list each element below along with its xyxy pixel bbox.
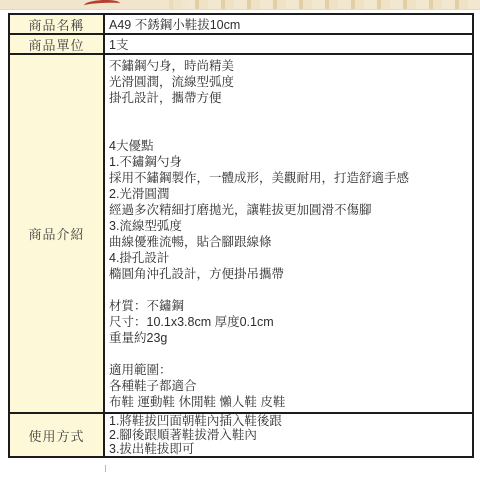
table-row-product-intro: 商品介紹 不鏽鋼勺身，時尚精美 光滑圓潤，流線型弧度 掛孔設計，攜帶方便 4大優… bbox=[10, 55, 472, 414]
next-row-divider-sliver bbox=[105, 465, 106, 472]
table-row-product-unit: 商品單位 1支 bbox=[10, 35, 472, 55]
logo-swoosh-icon bbox=[84, 0, 120, 10]
product-intro-label: 商品介紹 bbox=[10, 55, 105, 412]
product-name-label: 商品名稱 bbox=[10, 15, 105, 33]
product-intro-value: 不鏽鋼勺身，時尚精美 光滑圓潤，流線型弧度 掛孔設計，攜帶方便 4大優點 1.不… bbox=[105, 55, 472, 412]
table-row-product-name: 商品名稱 A49 不銹鋼小鞋拔10cm bbox=[10, 15, 472, 35]
table-row-usage: 使用方式 1.將鞋拔凹面朝鞋內插入鞋後跟 2.腳後跟順著鞋拔滑入鞋內 3.拔出鞋… bbox=[10, 414, 472, 456]
product-unit-label: 商品單位 bbox=[10, 35, 105, 53]
usage-label: 使用方式 bbox=[10, 414, 105, 456]
product-info-table: 商品名稱 A49 不銹鋼小鞋拔10cm 商品單位 1支 商品介紹 不鏽鋼勺身，時… bbox=[8, 13, 474, 458]
usage-value: 1.將鞋拔凹面朝鞋內插入鞋後跟 2.腳後跟順著鞋拔滑入鞋內 3.拔出鞋拔即可 bbox=[105, 414, 472, 456]
product-name-value: A49 不銹鋼小鞋拔10cm bbox=[105, 15, 472, 33]
product-unit-value: 1支 bbox=[105, 35, 472, 53]
top-banner-cutoff bbox=[0, 0, 480, 10]
